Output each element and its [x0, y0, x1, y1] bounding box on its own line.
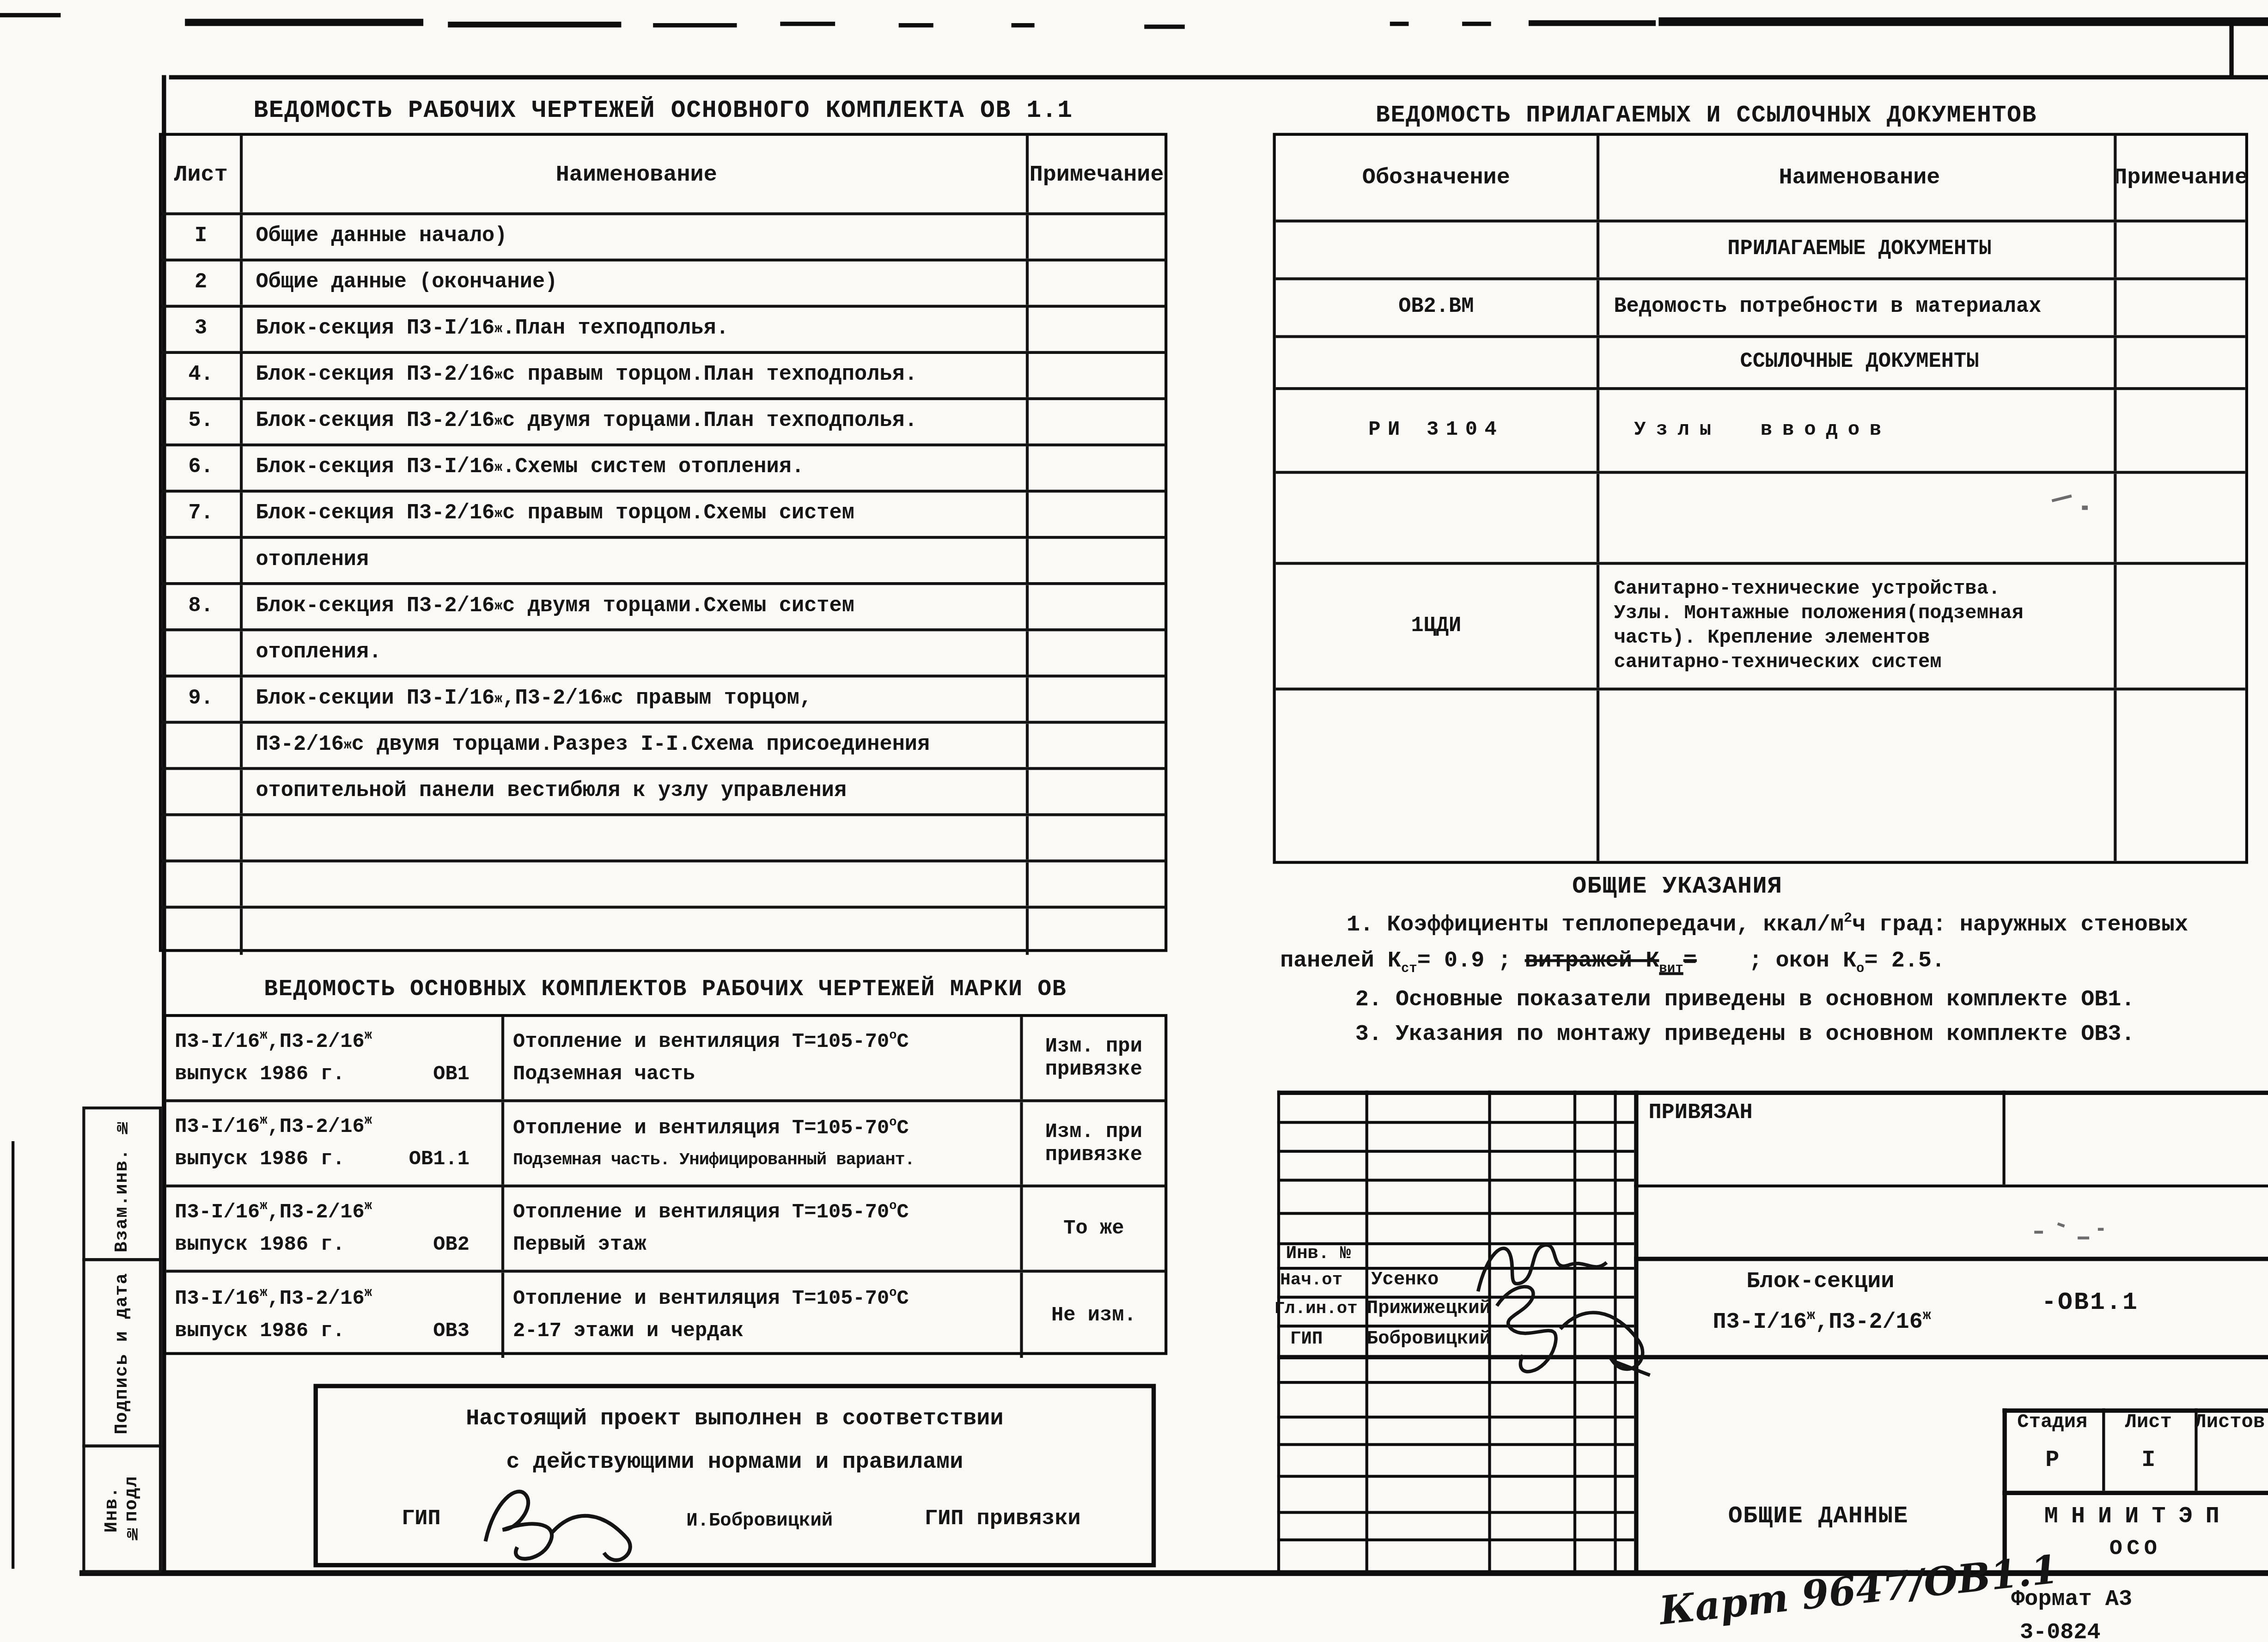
column-header-note: Примечание — [1029, 136, 1164, 213]
set-issue: выпуск 1986 г. — [175, 1064, 345, 1087]
sheet-name — [243, 909, 1029, 955]
scan-artifact — [185, 19, 423, 26]
sheet-number: 3 — [162, 308, 243, 351]
sheet-name: Блок-секция П3-2/16жс правым торцом.План… — [243, 354, 1029, 397]
table-row — [162, 909, 1164, 955]
sheet-name: П3-2/16жс двумя торцами.Разрез I-I.Схема… — [243, 724, 1029, 767]
object-name-line1: Блок-секции — [1662, 1268, 1980, 1294]
scan-noise — [2078, 1236, 2089, 1239]
scan-artifact — [780, 22, 835, 26]
set-name-cell: Отопление и вентиляция Т=105-70оС 2-17 э… — [504, 1273, 1023, 1358]
table-row: П3-2/16жс двумя торцами.Разрез I-I.Схема… — [162, 724, 1164, 770]
doc-note — [2116, 691, 2245, 861]
sheet-note — [1029, 816, 1164, 860]
sheet-number: I — [162, 215, 243, 259]
sheet-note — [1029, 631, 1164, 675]
general-notes-title: ОБЩИЕ УКАЗАНИЯ — [1273, 872, 2082, 900]
sheet-number — [162, 816, 243, 860]
set-issue: выпуск 1986 г. — [175, 1149, 345, 1172]
doc-name: Ведомость потребности в материалах — [1599, 280, 2116, 335]
set-mark: П3-I/16ж,П3-2/16ж — [175, 1113, 493, 1139]
sheet-number — [162, 539, 243, 582]
sidebar-cell-vzam: Взам.инв. № — [82, 1107, 162, 1261]
stage-column-label: Стадия — [2002, 1413, 2102, 1435]
sidebar-label: Инв. №подл — [85, 1447, 159, 1570]
doc-code: 1ЦДИ — [1276, 565, 1599, 688]
section-row: ССЫЛОЧНЫЕ ДОКУМЕНТЫ — [1276, 338, 2245, 390]
scan-artifact — [2229, 23, 2233, 77]
column-header-note: Примечание — [2116, 136, 2245, 219]
format-label: Формат А3 — [2011, 1586, 2132, 1612]
table-row: П3-I/16ж,П3-2/16ж выпуск 1986 г.ОВ1 Отоп… — [166, 1017, 1164, 1102]
document-code: -ОВ1.1 — [2042, 1290, 2139, 1317]
table-row: 3Блок-секция П3-I/16ж.План техподполья. — [162, 308, 1164, 354]
table-row: 2Общие данные (окончание) — [162, 262, 1164, 308]
doc-code: ОВ2.ВМ — [1276, 280, 1599, 335]
doc-name — [1599, 474, 2116, 562]
table-row — [162, 863, 1164, 909]
table-row: П3-I/16ж,П3-2/16ж выпуск 1986 г.ОВ2 Отоп… — [166, 1187, 1164, 1272]
titleblock-line — [2002, 1408, 2268, 1412]
doc-code: РИ 3104 — [1276, 390, 1599, 471]
sheet-note — [1029, 493, 1164, 536]
set-note: То же — [1023, 1187, 1164, 1270]
set-name: Отопление и вентиляция Т=105-70оС — [513, 1198, 1012, 1224]
set-code: ОВ1.1 — [409, 1149, 469, 1172]
note-fragment: ; окон Ко= 2.5. — [1749, 948, 1945, 973]
signature-icon — [459, 1475, 676, 1564]
column-header-name: Наименование — [1599, 136, 2116, 219]
sheet-note — [1029, 400, 1164, 444]
struck-text: витражей Квит= — [1525, 948, 1697, 973]
set-name2: Подземная часть. Унифицированный вариант… — [513, 1150, 1012, 1171]
table-row: 4.Блок-секция П3-2/16жс правым торцом.Пл… — [162, 354, 1164, 400]
sheet-number: 5. — [162, 400, 243, 444]
set-mark: П3-I/16ж,П3-2/16ж — [175, 1285, 493, 1311]
scan-artifact — [0, 13, 61, 17]
table-row: П3-I/16ж,П3-2/16ж выпуск 1986 г.ОВ1.1 От… — [166, 1102, 1164, 1187]
sheet-note — [1029, 585, 1164, 628]
doc-note — [2116, 338, 2245, 387]
table-row: 1ЦДИ Санитарно-технические устройства. У… — [1276, 565, 2245, 691]
sheet-number — [162, 631, 243, 675]
sign-row-label: ГИП — [1290, 1329, 1323, 1349]
table-row: IОбщие данные начало) — [162, 215, 1164, 262]
table-row: отопительной панели вестибюля к узлу упр… — [162, 770, 1164, 816]
set-mark: П3-I/16ж,П3-2/16ж — [175, 1198, 493, 1224]
doc-code — [1276, 474, 1599, 562]
scan-artifact — [1390, 22, 1409, 26]
sheet-note — [1029, 770, 1164, 813]
gip-privyazki-label: ГИП привязки — [925, 1507, 1081, 1531]
table-row: 6.Блок-секция П3-I/16ж.Схемы систем отоп… — [162, 446, 1164, 493]
table-row: РИ 3104 Узлы вводов — [1276, 390, 2245, 474]
set-mark-cell: П3-I/16ж,П3-2/16ж выпуск 1986 г.ОВ3 — [166, 1273, 505, 1358]
table-row — [1276, 691, 2245, 861]
scan-artifact — [1012, 23, 1035, 27]
table-row: 9.Блок-секции П3-I/16ж,П3-2/16ж с правым… — [162, 677, 1164, 724]
table-header-row: Обозначение Наименование Примечание — [1276, 136, 2245, 223]
organization-name: МНИИТЭП — [2008, 1504, 2268, 1530]
inventory-number-label: Инв. № — [1286, 1244, 1351, 1264]
set-name-cell: Отопление и вентиляция Т=105-70оС Подзем… — [504, 1017, 1023, 1099]
set-name: Отопление и вентиляция Т=105-70оС — [513, 1028, 1012, 1053]
note-line: 3. Указания по монтажу приведены в основ… — [1280, 1022, 2268, 1047]
table-row — [162, 816, 1164, 863]
sheet-title: ОБЩИЕ ДАННЫЕ — [1641, 1502, 1995, 1530]
sidebar-label: Взам.инв. № — [85, 1109, 159, 1258]
table-row: П3-I/16ж,П3-2/16ж выпуск 1986 г.ОВ3 Отоп… — [166, 1273, 1164, 1358]
doc-note — [2116, 280, 2245, 335]
set-code: ОВ1 — [433, 1064, 469, 1087]
sheet-name — [243, 863, 1029, 906]
sign-row-name: Усенко — [1371, 1268, 1439, 1290]
scan-artifact — [1462, 22, 1491, 26]
sheet-number: 7. — [162, 493, 243, 536]
table-row: 8.Блок-секция П3-2/16жс двумя торцами.Сх… — [162, 585, 1164, 631]
scan-noise — [2082, 505, 2088, 509]
sheet-name: отопительной панели вестибюля к узлу упр… — [243, 770, 1029, 813]
set-note: Изм. при привязке — [1023, 1017, 1164, 1099]
working-drawings-table: Лист Наименование Примечание IОбщие данн… — [159, 133, 1167, 952]
set-issue: выпуск 1986 г. — [175, 1321, 345, 1344]
sheet-number — [162, 863, 243, 906]
titleblock-line — [1277, 1511, 1634, 1514]
table-row — [1276, 474, 2245, 565]
set-mark: П3-I/16ж,П3-2/16ж — [175, 1028, 493, 1053]
scanned-drawing-sheet: ВЕДОМОСТЬ РАБОЧИХ ЧЕРТЕЖЕЙ ОСНОВНОГО КОМ… — [0, 0, 2268, 1642]
sheet-name: Блок-секция П3-2/16жс двумя торцами.Схем… — [243, 585, 1029, 628]
table-row: отопления. — [162, 631, 1164, 677]
titleblock-line — [2002, 1491, 2268, 1495]
sidebar-cell-inv: Инв. №подл — [82, 1445, 162, 1573]
scan-noise — [2057, 1222, 2065, 1228]
titleblock-line — [1634, 1257, 2268, 1260]
scan-artifact — [1144, 24, 1185, 29]
sheet-note — [1029, 308, 1164, 351]
frame-top — [169, 75, 2268, 79]
titleblock-line — [1277, 1355, 2268, 1359]
sheet-name: Блок-секция П3-I/16ж.Схемы систем отопле… — [243, 446, 1029, 490]
scan-artifact — [448, 22, 621, 28]
sheet-number: 6. — [162, 446, 243, 490]
set-note: Изм. при привязке — [1023, 1102, 1164, 1185]
doc-code — [1276, 691, 1599, 861]
doc-name: Санитарно-технические устройства. Узлы. … — [1599, 565, 2116, 688]
note-line: панелей Кст= 0.9 ; витражей Квит=; окон … — [1280, 948, 2268, 977]
set-mark-cell: П3-I/16ж,П3-2/16ж выпуск 1986 г.ОВ1.1 — [166, 1102, 505, 1185]
sheet-note — [1029, 446, 1164, 490]
doc-code — [1276, 338, 1599, 387]
column-header-code: Обозначение — [1276, 136, 1599, 219]
doc-note — [2116, 222, 2245, 277]
sheet-name: Блок-секция П3-2/16жс двумя торцами.План… — [243, 400, 1029, 444]
titleblock-line — [1277, 1179, 1634, 1181]
compliance-statement-box: Настоящий проект выполнен в соответствии… — [313, 1384, 1156, 1567]
sheet-name: Блок-секция П3-2/16жс правым торцом.Схем… — [243, 493, 1029, 536]
set-name: Отопление и вентиляция Т=105-70оС — [513, 1285, 1012, 1311]
referenced-docs-table: Обозначение Наименование Примечание ПРИЛ… — [1273, 133, 2248, 864]
note-line: 2. Основные показатели приведены в основ… — [1280, 986, 2268, 1012]
sheet-note — [1029, 262, 1164, 305]
set-name2: Подземная часть — [513, 1064, 1012, 1087]
table-row: 5.Блок-секция П3-2/16жс двумя торцами.Пл… — [162, 400, 1164, 446]
set-mark-cell: П3-I/16ж,П3-2/16ж выпуск 1986 г.ОВ1 — [166, 1017, 505, 1099]
set-code: ОВ2 — [433, 1234, 469, 1257]
table-header-row: Лист Наименование Примечание — [162, 136, 1164, 215]
sheet-number: 2 — [162, 262, 243, 305]
doc-name: Узлы вводов — [1599, 390, 2116, 471]
sheet-note — [1029, 354, 1164, 397]
scan-artifact — [899, 23, 933, 27]
sheet-number: 8. — [162, 585, 243, 628]
column-header-sheet: Лист — [162, 136, 243, 213]
sheet-note — [1029, 863, 1164, 906]
handwritten-card-number: Карт 9647/ОВ1.1 — [1658, 1548, 2061, 1634]
sheet-name: Общие данные (окончание) — [243, 262, 1029, 305]
sheet-name: Общие данные начало) — [243, 215, 1029, 259]
titleblock-line — [1277, 1416, 1634, 1418]
doc-code — [1276, 222, 1599, 277]
sheet-note — [1029, 724, 1164, 767]
sheet-note — [1029, 215, 1164, 259]
sheet-name: Блок-секция П3-I/16ж.План техподполья. — [243, 308, 1029, 351]
statement-line: Настоящий проект выполнен в соответствии — [318, 1405, 1152, 1431]
section-title: ПРИЛАГАЕМЫЕ ДОКУМЕНТЫ — [1599, 222, 2116, 277]
set-name2: 2-17 этажи и чердак — [513, 1321, 1012, 1344]
gip-label: ГИП — [402, 1507, 440, 1531]
section-row: ПРИЛАГАЕМЫЕ ДОКУМЕНТЫ — [1276, 222, 2245, 280]
set-name2: Первый этаж — [513, 1234, 1012, 1257]
sheet-name: Блок-секции П3-I/16ж,П3-2/16ж с правым т… — [243, 677, 1029, 721]
titleblock-line — [1277, 1121, 1634, 1124]
sheet-number: 9. — [162, 677, 243, 721]
working-drawings-title: ВЕДОМОСТЬ РАБОЧИХ ЧЕРТЕЖЕЙ ОСНОВНОГО КОМ… — [159, 98, 1167, 126]
set-note: Не изм. — [1023, 1273, 1164, 1358]
titleblock-line — [1277, 1150, 1634, 1153]
titleblock-line — [2002, 1091, 2005, 1185]
titleblock-line — [1277, 1539, 1634, 1541]
section-title: ССЫЛОЧНЫЕ ДОКУМЕНТЫ — [1599, 338, 2116, 387]
scan-noise — [2034, 1231, 2043, 1234]
sheet-number — [162, 724, 243, 767]
titleblock-line — [1277, 1091, 2268, 1095]
column-header-name: Наименование — [243, 136, 1029, 213]
scan-artifact — [12, 1141, 14, 1569]
table-row: 7.Блок-секция П3-2/16жс правым торцом.Сх… — [162, 493, 1164, 539]
stage-value: Р — [2002, 1447, 2102, 1473]
set-mark-cell: П3-I/16ж,П3-2/16ж выпуск 1986 г.ОВ2 — [166, 1187, 505, 1270]
doc-note — [2116, 390, 2245, 471]
privyazan-label: ПРИВЯЗАН — [1648, 1101, 1752, 1125]
main-sets-table: П3-I/16ж,П3-2/16ж выпуск 1986 г.ОВ1 Отоп… — [163, 1014, 1167, 1355]
titleblock-line — [1277, 1443, 1634, 1446]
set-name-cell: Отопление и вентиляция Т=105-70оС Подзем… — [504, 1102, 1023, 1185]
sign-row-label: Нач.от — [1280, 1270, 1342, 1290]
scan-noise — [2098, 1228, 2104, 1231]
set-name: Отопление и вентиляция Т=105-70оС — [513, 1115, 1012, 1140]
doc-note — [2116, 565, 2245, 688]
sheet-name: отопления — [243, 539, 1029, 582]
scan-artifact — [1529, 20, 1656, 26]
scan-artifact — [1658, 18, 2268, 26]
doc-note — [2116, 474, 2245, 562]
sheet-note — [1029, 539, 1164, 582]
table-row: ОВ2.ВМ Ведомость потребности в материала… — [1276, 280, 2245, 338]
statement-signature-row: ГИП И.Бобровицкий ГИП привязки — [318, 1495, 1152, 1567]
sheet-column-label: Лист — [2102, 1413, 2195, 1435]
sheet-name — [243, 816, 1029, 860]
sheet-note — [1029, 909, 1164, 955]
sidebar-label: Подпись и дата — [85, 1261, 159, 1445]
object-name-line2: П3-I/16ж,П3-2/16ж — [1641, 1308, 2003, 1335]
sheet-number: 4. — [162, 354, 243, 397]
note-fragment: панелей Кст= 0.9 ; — [1280, 948, 1524, 973]
titleblock-line — [1634, 1185, 2268, 1187]
sheet-number — [162, 770, 243, 813]
sheet-note — [1029, 677, 1164, 721]
set-code: ОВ3 — [433, 1321, 469, 1344]
sheet-name: отопления. — [243, 631, 1029, 675]
titleblock-line — [1277, 1091, 1280, 1575]
scan-artifact — [653, 23, 737, 27]
set-issue: выпуск 1986 г. — [175, 1234, 345, 1257]
sign-row-label: Гл.ин.от — [1274, 1299, 1358, 1319]
note-line: 1. Коэффициенты теплопередачи, ккал/м2ч … — [1280, 910, 2268, 938]
sheet-value: I — [2102, 1447, 2195, 1473]
gip-name: И.Бобровицкий — [686, 1509, 833, 1531]
statement-line: с действующими нормами и правилами — [318, 1449, 1152, 1475]
sheets-column-label: Листов — [2195, 1413, 2268, 1435]
titleblock-line — [1277, 1475, 1634, 1478]
sign-row-name: Бобровицкий — [1367, 1327, 1491, 1349]
titleblock-line — [1277, 1212, 1634, 1215]
main-sets-title: ВЕДОМОСТЬ ОСНОВНЫХ КОМПЛЕКТОВ РАБОЧИХ ЧЕ… — [163, 977, 1167, 1003]
table-row: отопления — [162, 539, 1164, 585]
referenced-docs-title: ВЕДОМОСТЬ ПРИЛАГАЕМЫХ И ССЫЛОЧНЫХ ДОКУМЕ… — [1273, 101, 2140, 128]
archive-number: 3-0824 — [2020, 1619, 2101, 1642]
set-name-cell: Отопление и вентиляция Т=105-70оС Первый… — [504, 1187, 1023, 1270]
sheet-number — [162, 909, 243, 955]
doc-name — [1599, 691, 2116, 861]
sidebar-cell-podpis: Подпись и дата — [82, 1258, 162, 1447]
